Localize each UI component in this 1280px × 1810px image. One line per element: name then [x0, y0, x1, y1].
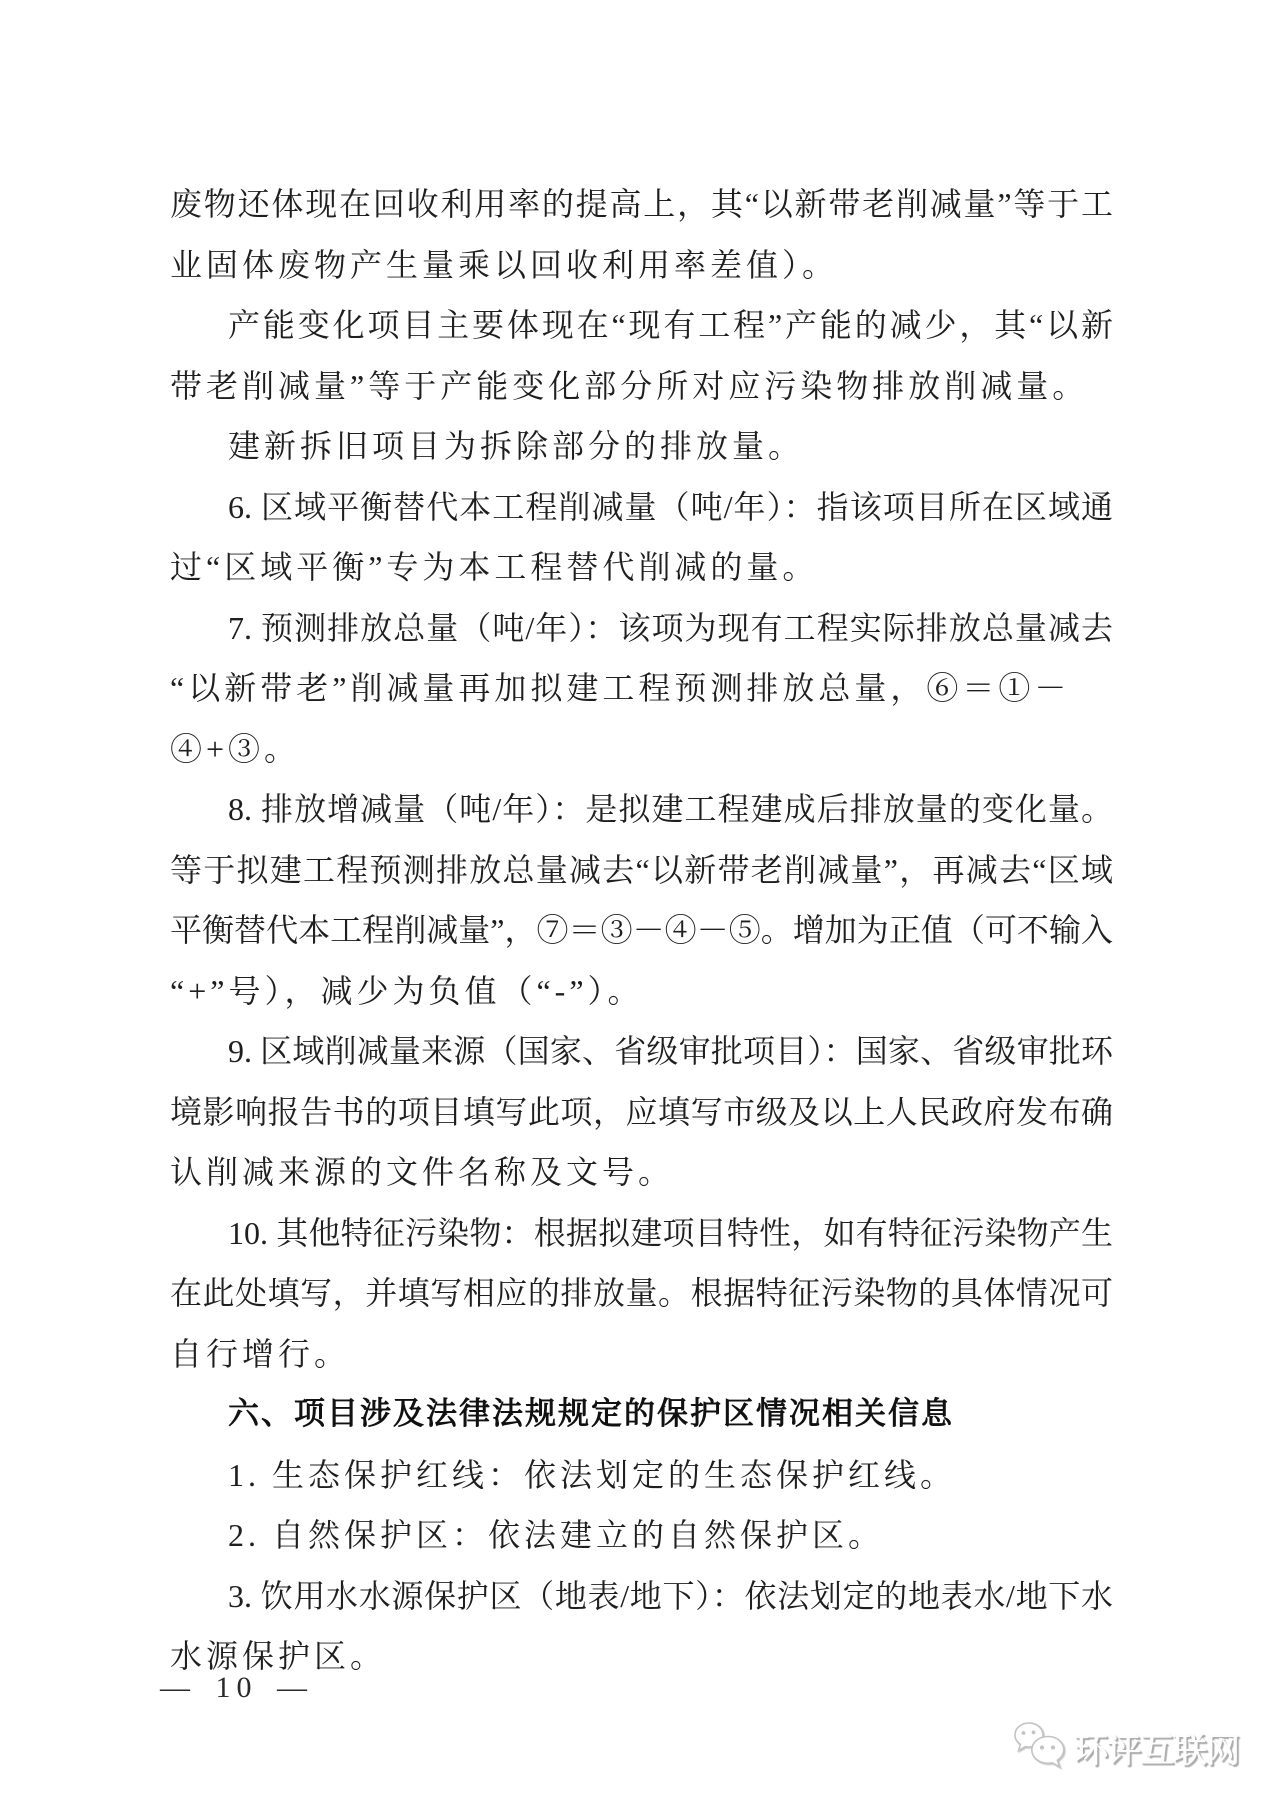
body-text-line: “以新带老”削减量再加拟建工程预测排放总量，⑥＝①－④+③。	[170, 658, 1113, 779]
body-text-line: “+”号），减少为负值（“-”）。	[170, 961, 1113, 1022]
body-text-line: 带老削减量”等于产能变化部分所对应污染物排放削减量。	[170, 356, 1113, 417]
section-heading: 六、项目涉及法律法规规定的保护区情况相关信息	[170, 1384, 1113, 1445]
body-text-line: 7. 预测排放总量（吨/年）：该项为现有工程实际排放总量减去	[170, 598, 1113, 659]
body-text-line: 在此处填写，并填写相应的排放量。根据特征污染物的具体情况可	[170, 1263, 1113, 1324]
watermark-text: 环评互联网	[1074, 1723, 1239, 1772]
body-text-line: 等于拟建工程预测排放总量减去“以新带老削减量”，再减去“区域	[170, 840, 1113, 901]
body-text-line: 3. 饮用水水源保护区（地表/地下）：依法划定的地表水/地下水	[170, 1566, 1113, 1627]
body-text-line: 业固体废物产生量乘以回收利用率差值）。	[170, 235, 1113, 296]
body-text-line: 产能变化项目主要体现在“现有工程”产能的减少，其“以新	[170, 295, 1113, 356]
body-text-line: 自行增行。	[170, 1324, 1113, 1385]
body-text-line: 平衡替代本工程削减量”，⑦＝③－④－⑤。增加为正值（可不输入	[170, 900, 1113, 961]
body-text-line: 1. 生态保护红线：依法划定的生态保护红线。	[170, 1445, 1113, 1506]
wechat-icon	[1012, 1720, 1068, 1774]
body-text-line: 境影响报告书的项目填写此项，应填写市级及以上人民政府发布确	[170, 1082, 1113, 1143]
body-text-line: 9. 区域削减量来源（国家、省级审批项目）：国家、省级审批环	[170, 1021, 1113, 1082]
page-number: — 10 —	[160, 1670, 313, 1706]
document-page: 废物还体现在回收利用率的提高上，其“以新带老削减量”等于工业固体废物产生量乘以回…	[0, 0, 1280, 1810]
watermark: 环评互联网	[1012, 1720, 1239, 1774]
body-text-line: 8. 排放增减量（吨/年）：是拟建工程建成后排放量的变化量。	[170, 779, 1113, 840]
body-text-line: 10. 其他特征污染物：根据拟建项目特性，如有特征污染物产生	[170, 1203, 1113, 1264]
body-text-line: 过“区域平衡”专为本工程替代削减的量。	[170, 537, 1113, 598]
body-text-line: 认削减来源的文件名称及文号。	[170, 1142, 1113, 1203]
body-text-line: 建新拆旧项目为拆除部分的排放量。	[170, 416, 1113, 477]
body-text-line: 2. 自然保护区：依法建立的自然保护区。	[170, 1505, 1113, 1566]
body-text-line: 6. 区域平衡替代本工程削减量（吨/年）：指该项目所在区域通	[170, 477, 1113, 538]
document-body: 废物还体现在回收利用率的提高上，其“以新带老削减量”等于工业固体废物产生量乘以回…	[170, 174, 1113, 1687]
body-text-line: 废物还体现在回收利用率的提高上，其“以新带老削减量”等于工	[170, 174, 1113, 235]
